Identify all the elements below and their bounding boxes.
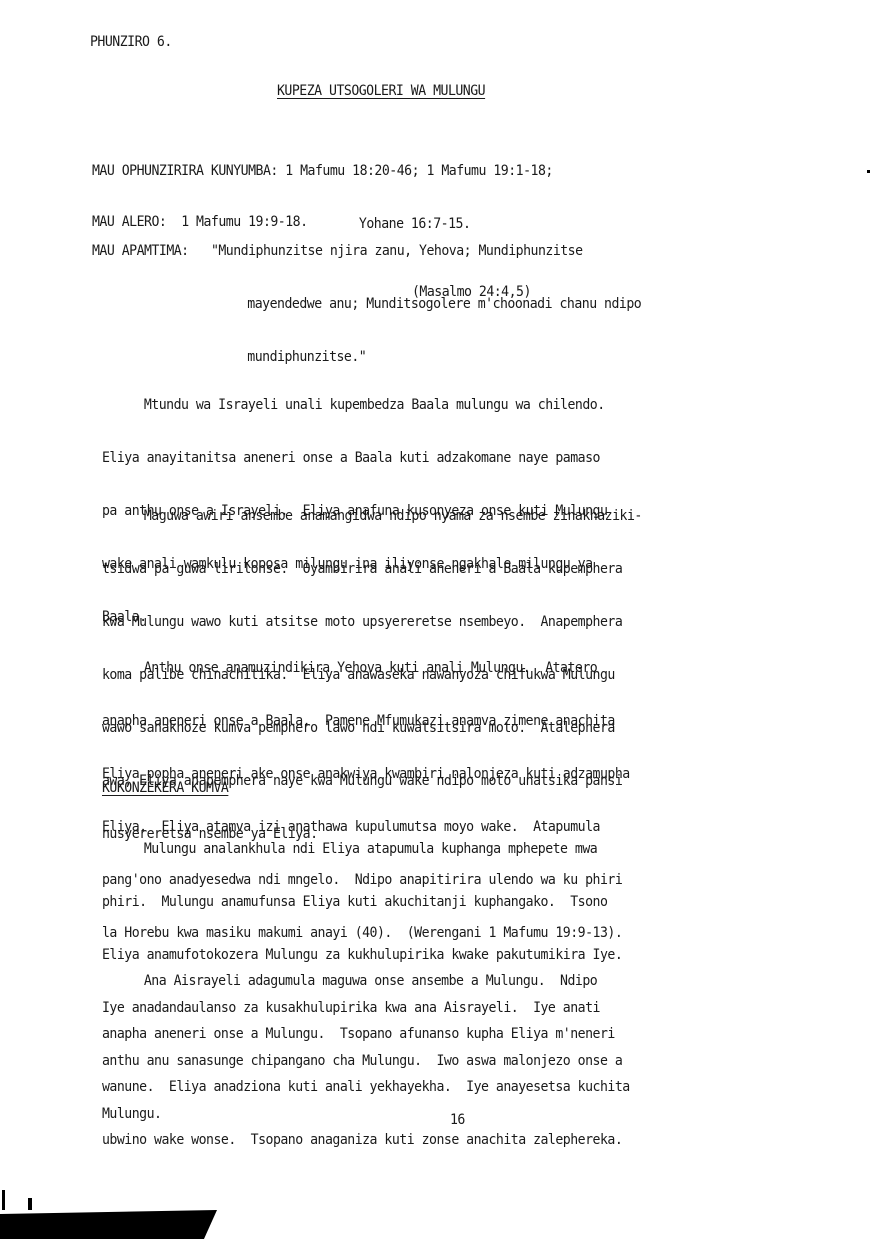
paragraph-line: phiri. Mulungu anamufunsa Eliya kuti aku… bbox=[102, 892, 622, 913]
paragraph-line: anapha aneneri onse a Baala. Pamene Mfum… bbox=[102, 711, 630, 732]
page-number: 16 bbox=[450, 1112, 465, 1128]
scan-speck bbox=[867, 170, 870, 173]
paragraph-line: anapha aneneri onse a Mulungu. Tsopano a… bbox=[102, 1024, 630, 1045]
paragraph-line: Mtundu wa Israyeli unali kupembedza Baal… bbox=[102, 395, 607, 416]
memory-verse-line: "Mundiphunzitse njira zanu, Yehova; Mund… bbox=[211, 243, 583, 259]
memory-verse-line: mayendedwe anu; Munditsogolere m'choonad… bbox=[92, 294, 641, 315]
scan-artifact-black-bar bbox=[0, 1210, 217, 1239]
paragraph-line: Eliya anayitanitsa aneneri onse a Baala … bbox=[102, 448, 607, 469]
paragraph-line: tsidwa pa guwa lirilonse. Oyambirira ana… bbox=[102, 559, 642, 580]
lesson-number: PHUNZIRO 6. bbox=[90, 34, 172, 50]
lesson-title: KUPEZA UTSOGOLERI WA MULUNGU bbox=[277, 83, 485, 99]
paragraph-line: ubwino wake wonse. Tsopano anaganiza kut… bbox=[102, 1130, 630, 1151]
paragraph-line: Anthu onse anamuzindikira Yehova kuti an… bbox=[102, 658, 630, 679]
paragraph-line: Mulungu analankhula ndi Eliya atapumula … bbox=[102, 839, 622, 860]
home-reading-label: MAU OPHUNZIRIRA KUNYUMBA: bbox=[92, 163, 278, 179]
home-reading-value-line1: 1 Mafumu 18:20-46; 1 Mafumu 19:1-18; bbox=[285, 163, 553, 179]
paragraph-line: Maguwa awiri ansembe anamangidwa ndipo n… bbox=[102, 506, 642, 527]
section-paragraph: Ana Aisrayeli adagumula maguwa onse anse… bbox=[102, 939, 630, 1183]
memory-verse-citation: (Masalmo 24:4,5) bbox=[412, 284, 531, 300]
scan-artifact-mark bbox=[2, 1190, 5, 1210]
scan-artifact-mark bbox=[28, 1198, 32, 1210]
paragraph-line: Ana Aisrayeli adagumula maguwa onse anse… bbox=[102, 971, 630, 992]
paragraph-line: wanune. Eliya anadziona kuti anali yekha… bbox=[102, 1077, 630, 1098]
section-heading: KUKONZEKERA KUMVA bbox=[102, 780, 228, 796]
memory-verse-label: MAU APAMTIMA: bbox=[92, 243, 189, 259]
